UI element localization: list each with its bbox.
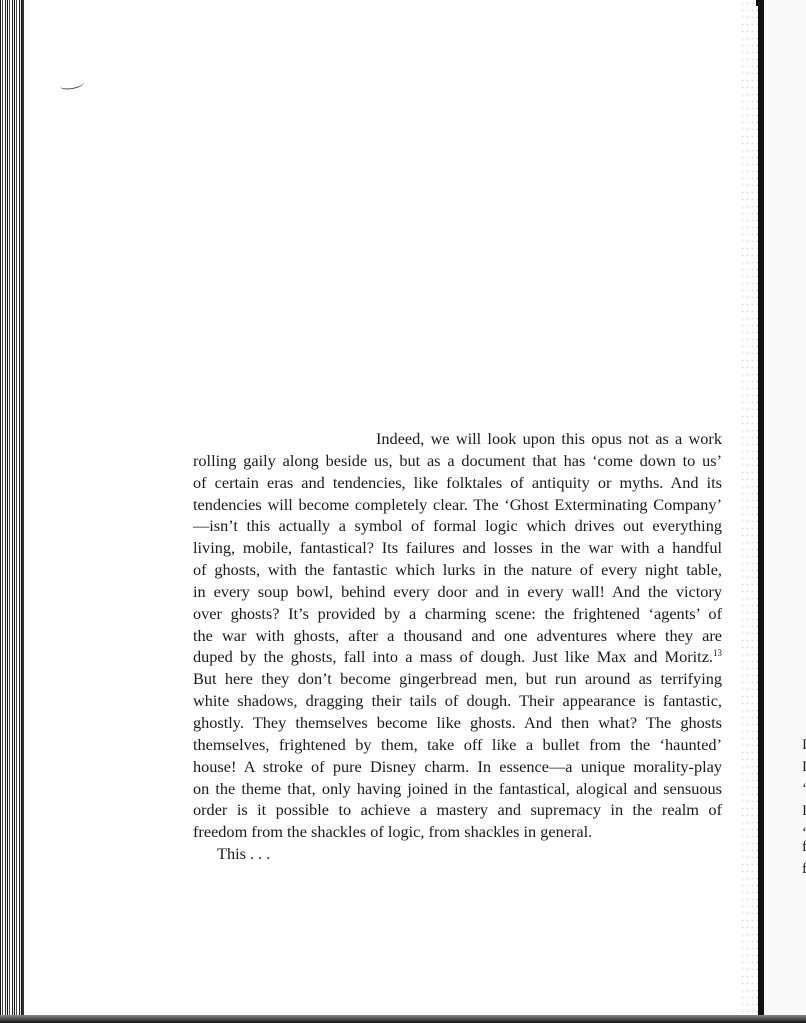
gutter-speckle <box>740 0 758 1023</box>
text-line: rolling gaily along beside us, but as a … <box>193 450 722 472</box>
pencil-mark <box>59 78 84 91</box>
footnote-marker: 13 <box>713 648 722 658</box>
text-line: themselves, frightened by them, take off… <box>193 734 722 756</box>
facing-page-fragment: I <box>802 759 806 776</box>
facing-page: I I ‘ I ‘ f f <box>764 0 806 1023</box>
text-line: —isn’t this actually a symbol of formal … <box>193 515 722 537</box>
text-line: living, mobile, fantastical? Its failure… <box>193 537 722 559</box>
binding-shadow <box>22 0 24 1023</box>
book-binding-edge <box>0 0 22 1023</box>
facing-page-fragment: ‘ <box>802 781 806 798</box>
text-line: of certain eras and tendencies, like fol… <box>193 472 722 494</box>
facing-page-fragment: f <box>802 861 806 878</box>
page-bottom-edge <box>0 1015 806 1023</box>
facing-page-fragment: f <box>802 839 806 856</box>
text-line: over ghosts? It’s provided by a charming… <box>193 603 722 625</box>
text-line: in every soup bowl, behind every door an… <box>193 581 722 603</box>
text-line: on the theme that, only having joined in… <box>193 778 722 800</box>
facing-page-fragment: I <box>802 737 806 754</box>
text-line: white shadows, dragging their tails of d… <box>193 690 722 712</box>
text-line: But here they don’t become gingerbread m… <box>193 668 722 690</box>
text-line: order is it possible to achieve a master… <box>193 799 722 821</box>
text-line: house! A stroke of pure Disney charm. In… <box>193 756 722 778</box>
text-line: the war with ghosts, after a thousand an… <box>193 625 722 647</box>
facing-page-fragment: I <box>802 803 806 820</box>
text-line: freedom from the shackles of logic, from… <box>193 821 722 843</box>
text-line: ghostly. They themselves become like gho… <box>193 712 722 734</box>
text-line: of ghosts, with the fantastic which lurk… <box>193 559 722 581</box>
text-line: tendencies will become completely clear.… <box>193 494 722 516</box>
text-line-with-footnote: duped by the ghosts, fall into a mass of… <box>193 646 722 668</box>
text-line: Indeed, we will look upon this opus not … <box>193 428 722 450</box>
body-text: Indeed, we will look upon this opus not … <box>193 428 722 865</box>
text-line-content: duped by the ghosts, fall into a mass of… <box>193 647 713 666</box>
next-paragraph-start: This . . . <box>193 843 722 865</box>
